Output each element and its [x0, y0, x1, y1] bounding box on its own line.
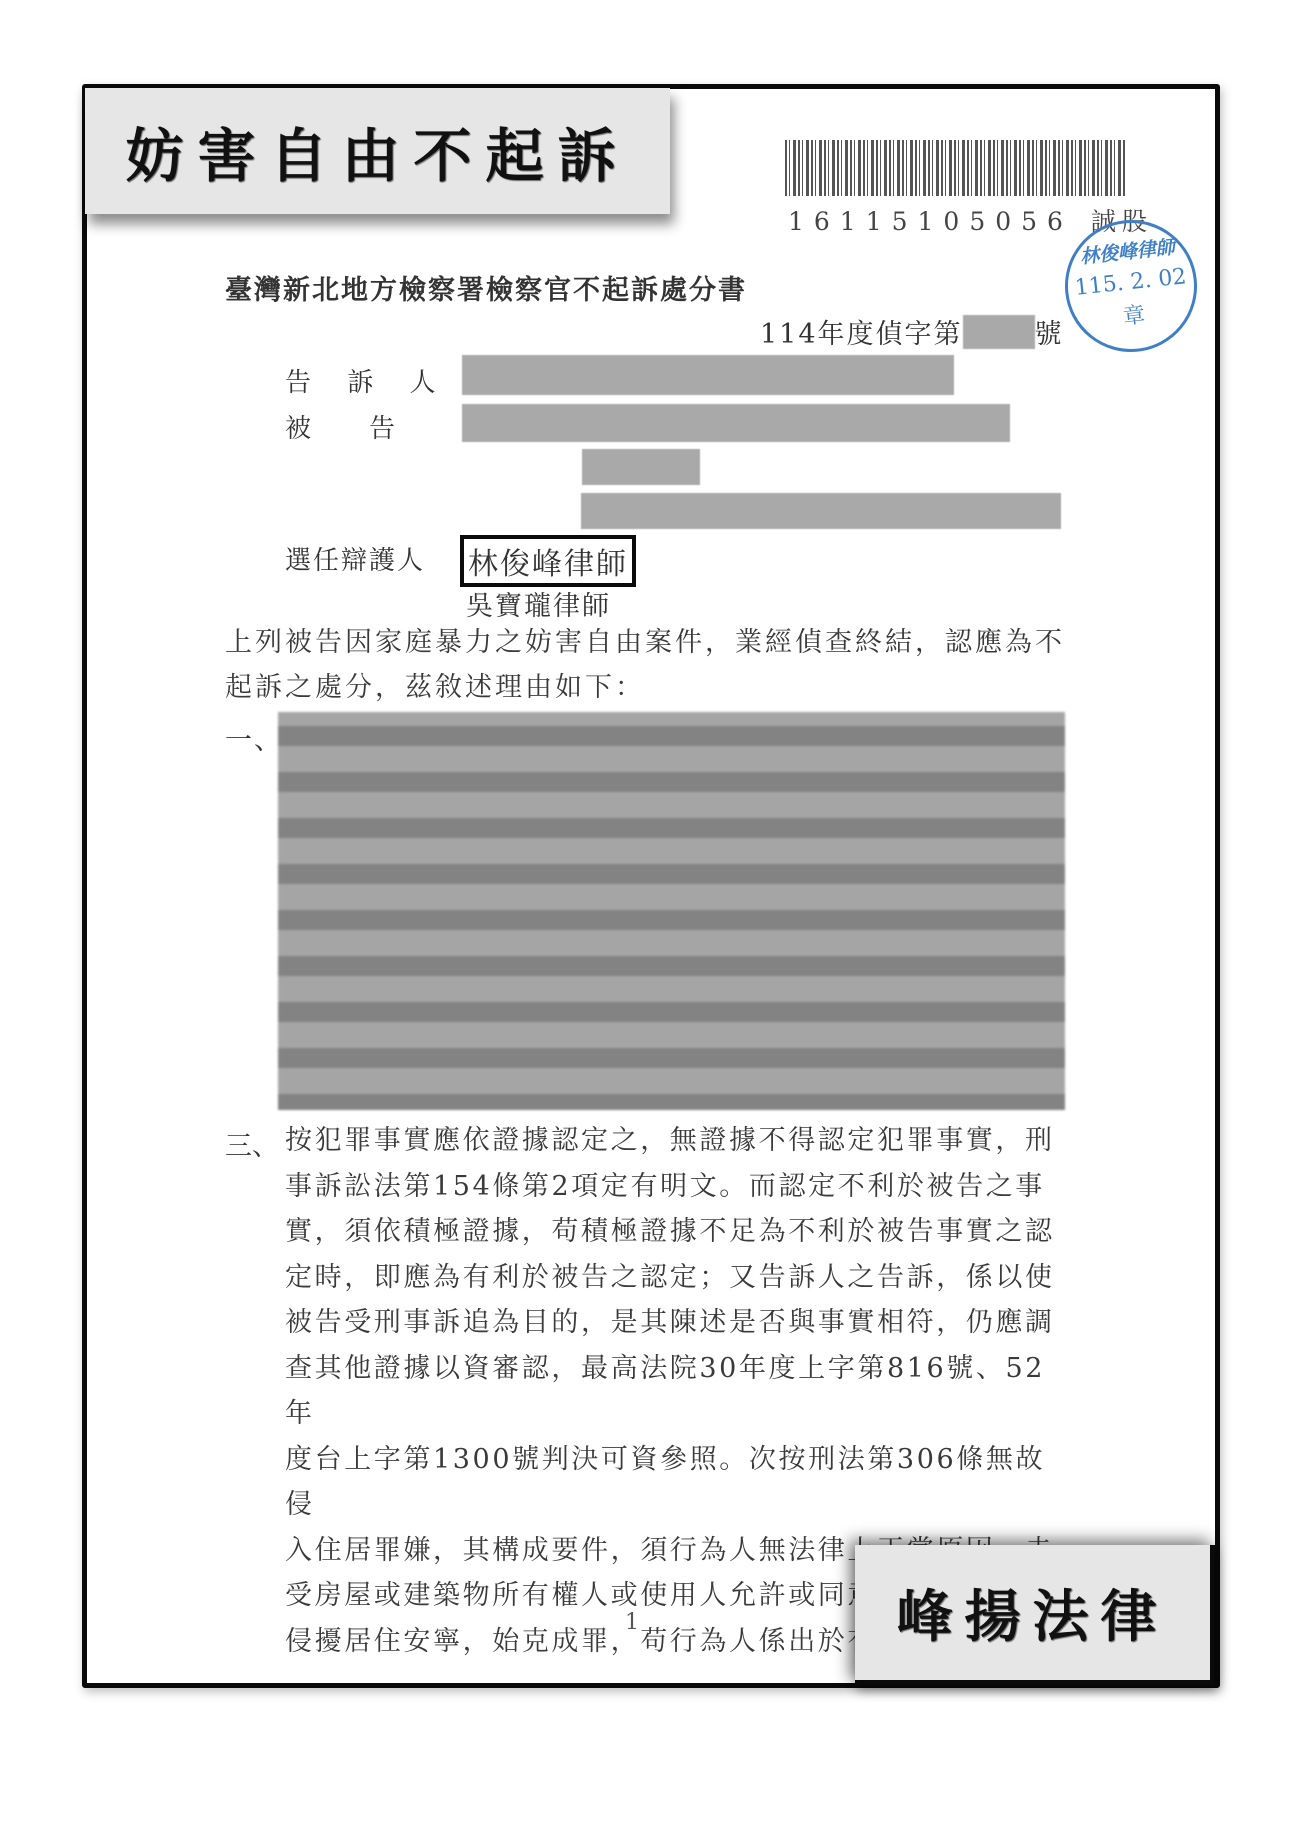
banner-title: 妨害自由不起訴: [125, 109, 629, 193]
counsel-highlighted-name: 林俊峰律師: [460, 535, 636, 587]
counsel-2-name: 吳寶瓏律師: [466, 584, 611, 623]
brand-box: 峰揚法律: [855, 1545, 1215, 1685]
redacted-defendant: [462, 404, 1010, 442]
redacted-case-number: [963, 315, 1035, 349]
defendant-label: 被 告: [285, 408, 397, 445]
section-3-marker: 三、: [225, 1124, 279, 1163]
barcode: [785, 140, 1125, 196]
redacted-section-1: [278, 712, 1065, 1110]
case-number: 114年度偵字第 號: [760, 312, 1062, 351]
intro-paragraph: 上列被告因家庭暴力之妨害自由案件，業經偵查終結，認應為不 起訴之處分，茲敘述理由…: [225, 620, 1065, 710]
complainant-label: 告 訴 人: [285, 362, 450, 399]
brand-name: 峰揚法律: [897, 1573, 1169, 1653]
page-number: 1: [625, 1610, 639, 1635]
title-banner: 妨害自由不起訴: [85, 88, 670, 214]
counsel-label: 選任辯護人: [285, 540, 425, 577]
document-title: 臺灣新北地方檢察署檢察官不起訴處分書: [225, 268, 747, 307]
redacted-defendant-address: [581, 493, 1061, 529]
redacted-complainant: [462, 355, 954, 395]
redacted-defendant-extra: [582, 449, 700, 485]
section-1-marker: 一、: [225, 718, 283, 757]
